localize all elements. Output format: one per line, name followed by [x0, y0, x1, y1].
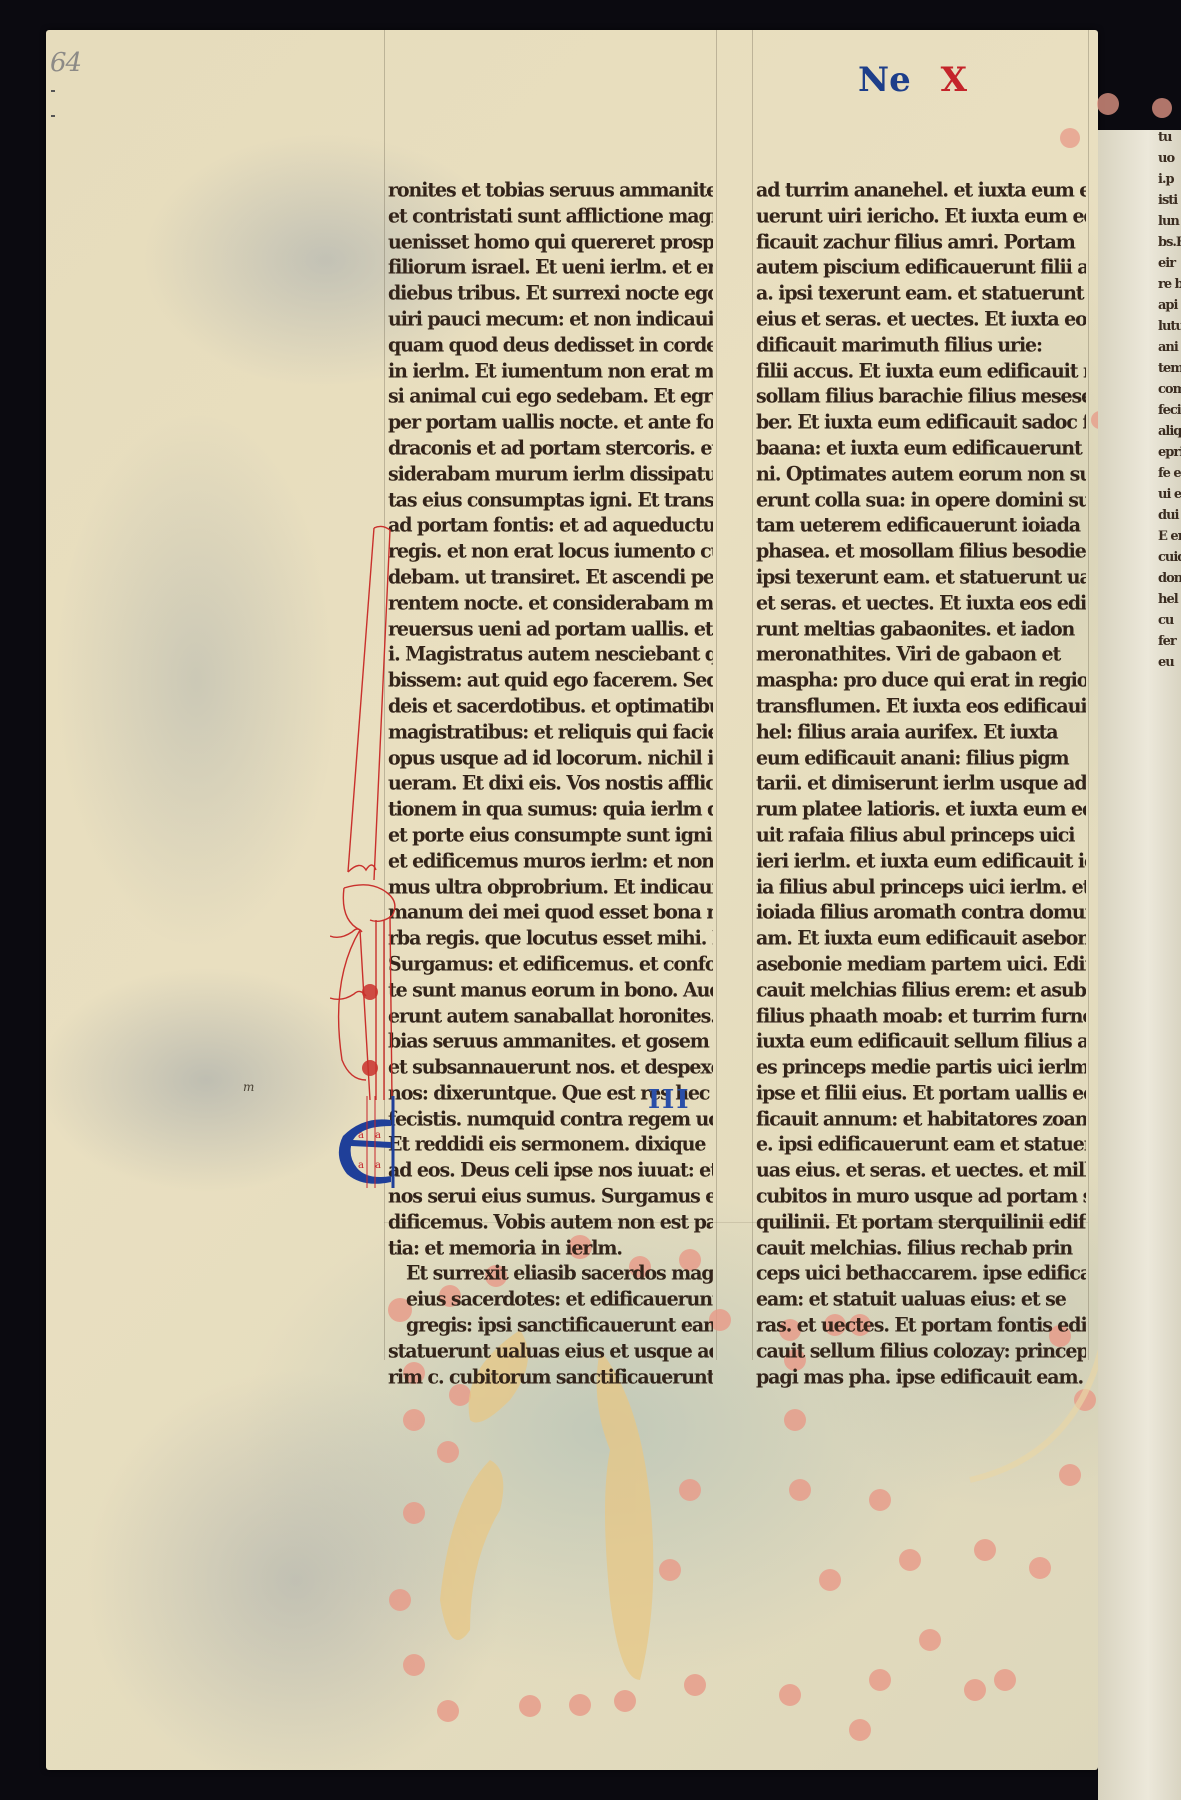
text-line: mus ultra obprobrium. Et indicaui eis	[388, 874, 713, 901]
text-line: debam. ut transiret. Et ascendi per tor	[388, 564, 713, 591]
folio-number: 64	[50, 48, 81, 78]
text-line: ipsi texerunt eam. et statuerunt ualuas …	[756, 564, 1086, 591]
gutter-text: hel	[1098, 592, 1181, 613]
text-line: ceps uici bethaccarem. ipse edificauit	[756, 1261, 1086, 1288]
text-line: in ierlm. Et iumentum non erat mecum: ni	[388, 358, 713, 385]
gutter-text: re b	[1098, 277, 1181, 298]
text-line: cauit melchias. filius rechab prin	[756, 1235, 1086, 1262]
text-line: es princeps medie partis uici ierlm.	[756, 1054, 1086, 1081]
text-line: eius et seras. et uectes. Et iuxta eos e	[756, 306, 1086, 333]
text-line: ad turrim ananehel. et iuxta eum edifica	[756, 177, 1086, 204]
text-line: cubitos in muro usque ad portam ster	[756, 1183, 1086, 1210]
text-line: bias seruus ammanites. et gosem arab:	[388, 1029, 713, 1056]
gutter-text: isti	[1098, 193, 1181, 214]
text-line: erunt colla sua: in opere domini sui. Et…	[756, 487, 1086, 514]
text-line: i. Magistratus autem nesciebant quo a	[388, 642, 713, 669]
text-line: uenisset homo qui quereret prosperitate	[388, 229, 713, 256]
text-line: e. ipsi edificauerunt eam et statuerunt …	[756, 1132, 1086, 1159]
gutter-text: ani e	[1098, 340, 1181, 361]
text-line: ronites et tobias seruus ammanites.	[388, 177, 713, 204]
text-line: gregis: ipsi sanctificauerunt eam. Et	[388, 1312, 713, 1339]
text-line: autem piscium edificauerunt filii asana	[756, 255, 1086, 282]
gutter-text: api	[1098, 298, 1181, 319]
text-line: maspha: pro duce qui erat in regione	[756, 667, 1086, 694]
text-line: dificemus. Vobis autem non est pars et i…	[388, 1209, 713, 1236]
gutter-text: lun	[1098, 214, 1181, 235]
gutter-text: epri	[1098, 445, 1181, 466]
gutter-text: eu	[1098, 655, 1181, 676]
text-line: tam ueterem edificauerunt ioiada filius	[756, 513, 1086, 540]
text-line: tarii. et dimiserunt ierlm usque ad mu	[756, 771, 1086, 798]
text-line: uas eius. et seras. et uectes. et mille	[756, 1158, 1086, 1185]
pricking-mark	[51, 90, 55, 92]
text-line: meronathites. Viri de gabaon et	[756, 642, 1086, 669]
text-line: opus usque ad id locorum. nichil indica	[388, 745, 713, 772]
text-line: eum edificauit anani: filius pigm	[756, 745, 1086, 772]
gutter-text: uo	[1098, 151, 1181, 172]
text-line: rentem nocte. et considerabam murum: et	[388, 590, 713, 617]
text-line: eius sacerdotes: et edificauerunt portam	[388, 1287, 713, 1314]
text-line: a. ipsi texerunt eam. et statuerunt ualu…	[756, 281, 1086, 308]
text-line: regis. et non erat locus iumento cui se	[388, 539, 713, 566]
text-line: quilinii. Et portam sterquilinii edifi	[756, 1209, 1086, 1236]
margin-note: m	[243, 1080, 254, 1094]
text-line: ad eos. Deus celi ipse nos iuuat: et	[388, 1158, 713, 1185]
text-line: si animal cui ego sedebam. Et egressus s…	[388, 384, 713, 411]
svg-text:a: a	[375, 1130, 381, 1141]
gutter-text: com	[1098, 382, 1181, 403]
running-header: Ne X	[858, 60, 967, 100]
text-line: Surgamus: et edificemus. et confortate	[388, 951, 713, 978]
text-line: bissem: aut quid ego facerem. Sed et iu	[388, 667, 713, 694]
text-line: phasea. et mosollam filius besodie:	[756, 539, 1086, 566]
text-line: uerunt uiri iericho. Et iuxta eum edi	[756, 203, 1086, 230]
text-line: et seras. et uectes. Et iuxta eos edific…	[756, 590, 1086, 617]
text-column-right: ad turrim ananehel. et iuxta eum edifica…	[756, 178, 1086, 1390]
text-line: ioiada filius aromath contra domum su	[756, 900, 1086, 927]
text-line: filius phaath moab: et turrim furnorum. …	[756, 1003, 1086, 1030]
text-line: asebonie mediam partem uici. Edifi	[756, 951, 1086, 978]
text-line: tas eius consumptas igni. Et transiui	[388, 487, 713, 514]
pen-flourish	[330, 520, 410, 1120]
text-line: te sunt manus eorum in bono. Audi	[388, 977, 713, 1004]
running-header-chapter: X	[941, 60, 967, 100]
text-line: erunt autem sanaballat horonites. et to	[388, 1003, 713, 1030]
text-line: quam quod deus dedisset in corde meo ut …	[388, 332, 713, 359]
gutter-text: ui e	[1098, 487, 1181, 508]
text-line: runt meltias gabaonites. et iadon	[756, 616, 1086, 643]
svg-text:a: a	[358, 1160, 364, 1171]
gutter-text: E er	[1098, 529, 1181, 550]
gutter-text: cuid	[1098, 550, 1181, 571]
text-line: ni. Optimates autem eorum non subposu	[756, 461, 1086, 488]
text-line: am. Et iuxta eum edificauit asebonie fil…	[756, 925, 1086, 952]
gutter-text: bs.E	[1098, 235, 1181, 256]
text-line: uit rafaia filius abul princeps uici	[756, 822, 1086, 849]
text-line: ber. Et iuxta eum edificauit sadoc filiu…	[756, 410, 1086, 437]
text-line: per portam uallis nocte. et ante fontem	[388, 410, 713, 437]
text-line: cauit melchias filius erem: et asub	[756, 977, 1086, 1004]
running-header-book: Ne	[858, 60, 911, 100]
text-line: pagi mas pha. ipse edificauit eam. et	[756, 1364, 1086, 1391]
text-line: cauit sellum filius colozay: princep	[756, 1338, 1086, 1365]
gutter-text: don	[1098, 571, 1181, 592]
text-line: uiri pauci mecum: et non indicaui cui	[388, 306, 713, 333]
text-line: Et reddidi eis sermonem. dixique	[388, 1132, 713, 1159]
text-line: manum dei mei quod esset bona mecum: et …	[388, 900, 713, 927]
text-line: et contristati sunt afflictione magna q	[388, 203, 713, 230]
text-line: ipse et filii eius. Et portam uallis edi	[756, 1080, 1086, 1107]
gutter-text: fecil	[1098, 403, 1181, 424]
pricking-mark	[51, 115, 55, 117]
text-line: iuxta eum edificauit sellum filius alo	[756, 1029, 1086, 1056]
text-line: ficauit annum: et habitatores zoani	[756, 1106, 1086, 1133]
text-line: et subsannauerunt nos. et despexerunt	[388, 1054, 713, 1081]
text-line: reuersus ueni ad portam uallis. et redi	[388, 616, 713, 643]
text-line: tionem in qua sumus: quia ierlm deserta …	[388, 796, 713, 823]
gutter-text: aliq	[1098, 424, 1181, 445]
text-line: dificauit marimuth filius urie:	[756, 332, 1086, 359]
text-line: ieri ierlm. et iuxta eum edificauit ieda	[756, 848, 1086, 875]
text-line: eam: et statuit ualuas eius: et se	[756, 1287, 1086, 1314]
text-line: deis et sacerdotibus. et optimatibus: et	[388, 693, 713, 720]
gutter-text: lutu	[1098, 319, 1181, 340]
text-line: et edificemus muros ierlm: et non si	[388, 848, 713, 875]
text-line: nos serui eius sumus. Surgamus et e	[388, 1183, 713, 1210]
ruling-line	[752, 30, 753, 1360]
text-line: transflumen. Et iuxta eos edificauit ezi	[756, 693, 1086, 720]
text-line: rba regis. que locutus esset mihi. Et ai…	[388, 925, 713, 952]
svg-text:a: a	[358, 1130, 364, 1141]
text-line: filiorum israel. Et ueni ierlm. et eram …	[388, 255, 713, 282]
decorated-initial-e: aa aa	[333, 1096, 395, 1188]
text-line: et porte eius consumpte sunt igni. Venit…	[388, 822, 713, 849]
text-line: statuerunt ualuas eius et usque ad tur	[388, 1338, 713, 1365]
text-line: sollam filius barachie filius mesese	[756, 384, 1086, 411]
text-line: Et surrexit eliasib sacerdos magnus et f…	[388, 1261, 713, 1288]
text-line: diebus tribus. Et surrexi nocte ego et	[388, 281, 713, 308]
text-line: magistratibus: et reliquis qui faciebant	[388, 719, 713, 746]
text-line: siderabam murum ierlm dissipatum et por	[388, 461, 713, 488]
gutter-text: cu	[1098, 613, 1181, 634]
text-column-left: ronites et tobias seruus ammanites. et c…	[388, 178, 713, 1390]
text-line: rum platee latioris. et iuxta eum edific…	[756, 796, 1086, 823]
text-line: draconis et ad portam stercoris. et con	[388, 435, 713, 462]
ruling-line	[716, 30, 717, 1360]
text-line: ficauit zachur filius amri. Portam	[756, 229, 1086, 256]
chapter-marker-text: III	[648, 1085, 691, 1115]
gutter-text: tem	[1098, 361, 1181, 382]
text-line: ras. et uectes. Et portam fontis edifi	[756, 1312, 1086, 1339]
gutter-text: fe e	[1098, 466, 1181, 487]
gutter-text: dui	[1098, 508, 1181, 529]
svg-text:a: a	[375, 1160, 381, 1171]
text-line: hel: filius araia aurifex. Et iuxta	[756, 719, 1086, 746]
text-line: ueram. Et dixi eis. Vos nostis afflic	[388, 771, 713, 798]
text-line: ad portam fontis: et ad aqueductum	[388, 513, 713, 540]
text-line: baana: et iuxta eum edificauerunt thecue	[756, 435, 1086, 462]
gutter-text: fer	[1098, 634, 1181, 655]
gutter-text: eir	[1098, 256, 1181, 277]
chapter-marker: III	[648, 1085, 691, 1115]
text-line: rim c. cubitorum sanctificauerunt eam: e…	[388, 1364, 713, 1391]
text-line: ia filius abul princeps uici ierlm. et	[756, 874, 1086, 901]
text-line: tia: et memoria in ierlm.	[388, 1235, 713, 1262]
gutter-text: tu	[1098, 130, 1181, 151]
adjacent-leaf-edge: tu uo i.p isti lun bs.E eir re b api lut…	[1098, 130, 1181, 1800]
gutter-text: i.p	[1098, 172, 1181, 193]
text-line: filii accus. Et iuxta eum edificauit me	[756, 358, 1086, 385]
ruling-line	[1088, 30, 1089, 1360]
